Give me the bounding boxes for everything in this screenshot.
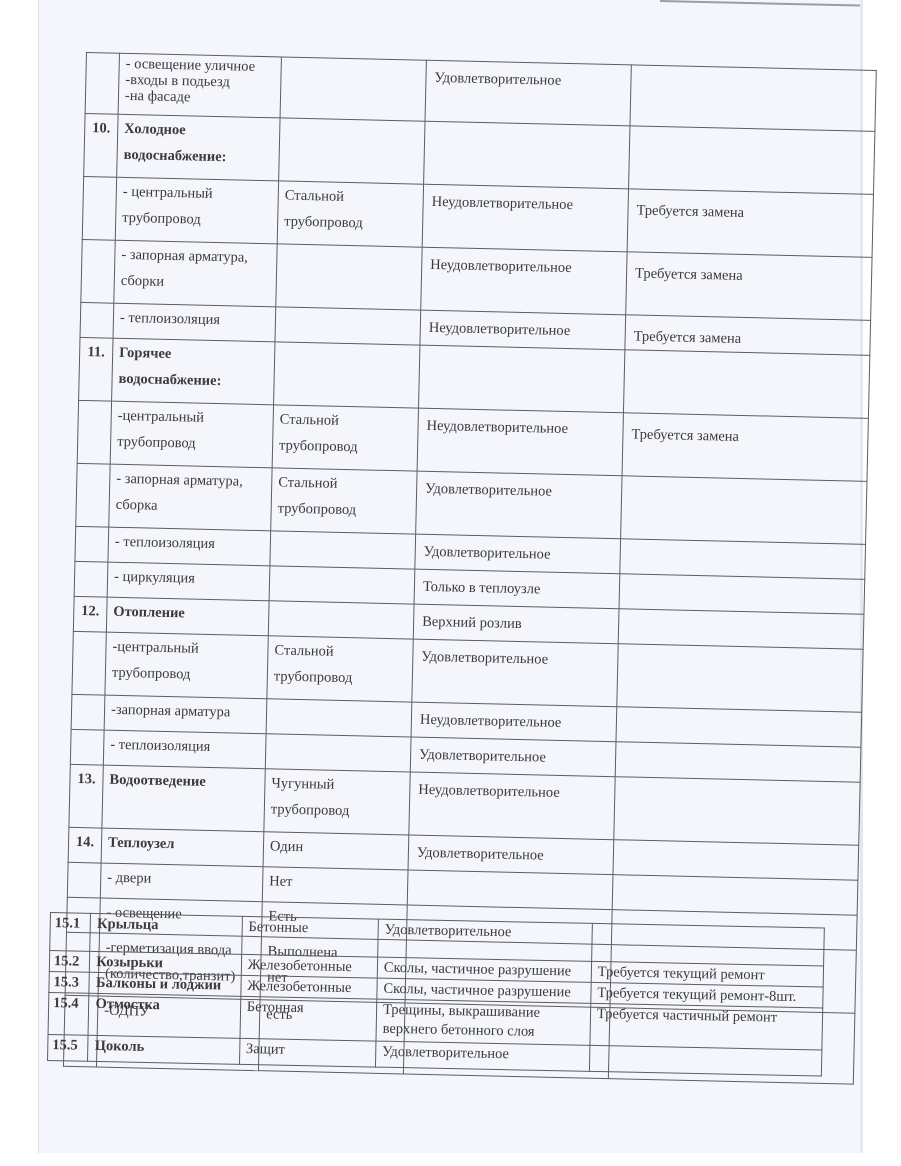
element-name: Горячееводоснабжение: bbox=[112, 338, 275, 405]
condition: Удовлетворительное bbox=[415, 534, 621, 574]
recommendation bbox=[629, 126, 875, 195]
element-name: Отопление bbox=[106, 597, 269, 636]
item-number: 15.1 bbox=[50, 913, 91, 952]
material bbox=[269, 566, 415, 604]
item-number bbox=[67, 862, 101, 898]
condition: Неудовлетворительное bbox=[422, 184, 628, 252]
material-line: трубопровод bbox=[277, 495, 410, 524]
condition: Удовлетворительное bbox=[408, 835, 614, 875]
material bbox=[266, 699, 412, 737]
element-name-line: - теплоизоляция bbox=[120, 305, 270, 334]
item-number: 15.2 bbox=[49, 951, 90, 973]
condition: Трещины, выкрашиваниеверхнего бетонного … bbox=[376, 999, 591, 1045]
element-name-line: Отопление bbox=[113, 599, 263, 628]
material-line: трубопровод bbox=[284, 209, 417, 238]
element-name: Водоотведение bbox=[102, 765, 265, 832]
element-name-line: - центральный bbox=[123, 179, 273, 208]
element-name: Цоколь bbox=[88, 1035, 240, 1064]
item-number bbox=[74, 561, 108, 597]
material: Бетонная bbox=[240, 996, 377, 1041]
material bbox=[274, 342, 420, 408]
condition-line: верхнего бетонного слоя bbox=[382, 1020, 583, 1043]
element-name-line: -центральный bbox=[117, 403, 267, 432]
element-name-line: - запорная арматура, bbox=[116, 466, 266, 495]
condition: Удовлетворительное bbox=[425, 60, 631, 126]
element-name-line: Водоотведение bbox=[109, 767, 259, 796]
element-name: - теплоизоляция bbox=[103, 730, 266, 769]
item-number bbox=[85, 53, 119, 115]
material-line: трубопровод bbox=[274, 663, 407, 692]
recommendation: Требуется замена bbox=[627, 189, 873, 258]
item-number bbox=[75, 526, 109, 562]
material: Стальнойтрубопровод bbox=[271, 468, 417, 534]
item-number: 10. bbox=[84, 113, 118, 177]
recommendation bbox=[621, 476, 867, 545]
material: Стальнойтрубопровод bbox=[272, 405, 418, 471]
exterior-elements-body: 15.1КрыльцаБетонныеУдовлетворительное15.… bbox=[48, 913, 825, 1077]
item-number bbox=[80, 302, 114, 338]
element-name-line: - теплоизоляция bbox=[110, 732, 260, 761]
condition: Неудовлетворительное bbox=[409, 772, 615, 840]
condition-line: Удовлетворительное bbox=[384, 921, 585, 944]
recommendation bbox=[612, 875, 858, 916]
condition: Неудовлетворительное bbox=[417, 408, 623, 476]
element-name-line: -запорная арматура bbox=[111, 697, 261, 726]
item-number: 15.3 bbox=[49, 971, 90, 993]
material bbox=[268, 601, 414, 639]
item-number: 15.4 bbox=[48, 992, 89, 1035]
material: Чугунныйтрубопровод bbox=[264, 769, 410, 835]
material: Защит bbox=[239, 1038, 376, 1067]
recommendation bbox=[618, 609, 864, 650]
element-name-line: -на фасаде bbox=[125, 88, 274, 107]
element-name: - теплоизоляция bbox=[108, 527, 271, 566]
material: Железобетонные bbox=[241, 975, 378, 999]
condition: Только в теплоузле bbox=[414, 569, 620, 609]
material-line: Стальной bbox=[278, 469, 411, 498]
element-name: - запорная арматура,сборка bbox=[109, 464, 272, 531]
element-name: - запорная арматура,сборки bbox=[114, 240, 277, 307]
item-number: 11. bbox=[79, 337, 113, 401]
recommendation bbox=[591, 923, 824, 966]
element-name-line: - двери bbox=[107, 865, 257, 894]
element-name-line: сборки bbox=[121, 268, 271, 297]
condition bbox=[424, 121, 630, 189]
material-line: Стальной bbox=[279, 406, 412, 435]
element-name-line: трубопровод bbox=[122, 205, 272, 234]
condition-line: Сколы, частичное разрушение bbox=[383, 980, 584, 1003]
material-line: Один bbox=[270, 833, 403, 862]
item-number: 15.5 bbox=[48, 1034, 89, 1061]
material bbox=[275, 307, 421, 345]
item-number bbox=[72, 631, 106, 695]
material bbox=[279, 118, 425, 184]
material bbox=[265, 734, 411, 772]
element-name: - теплоизоляция bbox=[113, 303, 276, 342]
condition: Удовлетворительное bbox=[378, 919, 593, 961]
element-name: Балконы и лоджии bbox=[89, 972, 241, 996]
item-number bbox=[77, 400, 111, 464]
condition: Удовлетворительное bbox=[416, 471, 622, 539]
condition: Верхний розлив bbox=[413, 604, 619, 644]
element-name-line: - циркуляция bbox=[114, 564, 264, 593]
condition: Удовлетворительное bbox=[375, 1041, 589, 1071]
material-line: Чугунный bbox=[271, 770, 404, 799]
element-name: - центральныйтрубопровод bbox=[115, 177, 278, 244]
recommendation bbox=[613, 840, 859, 881]
element-name-line: водоснабжение: bbox=[118, 366, 268, 395]
item-number bbox=[82, 176, 116, 240]
element-name: Холодноеводоснабжение: bbox=[117, 114, 280, 181]
recommendation bbox=[630, 65, 876, 132]
condition bbox=[419, 345, 625, 413]
element-name: Отмостка bbox=[88, 993, 240, 1038]
element-name: - двери bbox=[100, 863, 263, 902]
item-number: 14. bbox=[68, 827, 102, 863]
element-name-line: водоснабжение: bbox=[123, 142, 273, 171]
material: Стальнойтрубопровод bbox=[277, 181, 423, 247]
condition-line: Удовлетворительное bbox=[382, 1043, 583, 1066]
condition: Удовлетворительное bbox=[412, 639, 618, 707]
item-number bbox=[76, 463, 110, 527]
item-number bbox=[71, 694, 105, 730]
element-name-line: - запорная арматура, bbox=[121, 242, 271, 271]
material-line: Нет bbox=[269, 868, 402, 897]
element-name-line: трубопровод bbox=[112, 660, 262, 689]
material: Нет bbox=[262, 867, 408, 905]
element-name: -запорная арматура bbox=[104, 695, 267, 734]
condition: Неудовлетворительное bbox=[421, 247, 627, 315]
item-number bbox=[81, 239, 115, 303]
material: Один bbox=[263, 832, 409, 870]
material: Стальнойтрубопровод bbox=[267, 636, 413, 702]
element-name-line: сборка bbox=[115, 492, 265, 521]
condition: Неудовлетворительное bbox=[420, 310, 626, 350]
element-name: Крыльца bbox=[90, 913, 242, 954]
material: Железобетонные bbox=[241, 954, 378, 978]
material bbox=[276, 244, 422, 310]
material-line: Стальной bbox=[274, 637, 407, 666]
condition: Неудовлетворительное bbox=[411, 702, 617, 742]
element-name-line: трубопровод bbox=[117, 429, 267, 458]
element-name: -центральныйтрубопровод bbox=[110, 401, 273, 468]
material bbox=[280, 57, 426, 121]
condition-line: Сколы, частичное разрушение bbox=[384, 959, 585, 982]
recommendation: Требуется замена bbox=[622, 413, 868, 482]
recommendation bbox=[615, 742, 861, 783]
element-name-line: Теплоузел bbox=[108, 830, 258, 859]
recommendation: Требуется замена bbox=[625, 315, 871, 356]
element-name-line: Горячее bbox=[119, 340, 269, 369]
recommendation bbox=[614, 777, 860, 846]
condition bbox=[407, 870, 613, 910]
material-line: трубопровод bbox=[271, 796, 404, 825]
recommendation bbox=[623, 350, 869, 419]
element-name-line: - теплоизоляция bbox=[115, 529, 265, 558]
recommendation bbox=[616, 707, 862, 748]
item-number: 13. bbox=[69, 764, 103, 828]
element-name-line: -центральный bbox=[112, 634, 262, 663]
element-name: Козырьки bbox=[90, 951, 242, 975]
material bbox=[270, 531, 416, 569]
material-line: Стальной bbox=[284, 183, 417, 212]
element-name: - циркуляция bbox=[107, 562, 270, 601]
item-number: 12. bbox=[73, 596, 107, 632]
element-name: - освещение уличное-входы в подьезд-на ф… bbox=[118, 53, 281, 118]
element-name: Теплоузел bbox=[101, 828, 264, 867]
recommendation bbox=[617, 644, 863, 713]
material-line: трубопровод bbox=[279, 432, 412, 461]
recommendation bbox=[620, 539, 866, 580]
element-name-line: Холодное bbox=[124, 116, 274, 145]
material: Бетонные bbox=[241, 916, 378, 957]
item-number bbox=[70, 729, 104, 765]
recommendation: Требуется частичный ремонт bbox=[590, 1003, 823, 1050]
element-name: -центральныйтрубопровод bbox=[105, 632, 268, 699]
recommendation bbox=[589, 1045, 822, 1076]
recommendation: Требуется замена bbox=[626, 252, 872, 321]
recommendation bbox=[619, 574, 865, 615]
condition: Удовлетворительное bbox=[410, 737, 616, 777]
exterior-elements-table: 15.1КрыльцаБетонныеУдовлетворительное15.… bbox=[47, 912, 825, 1077]
